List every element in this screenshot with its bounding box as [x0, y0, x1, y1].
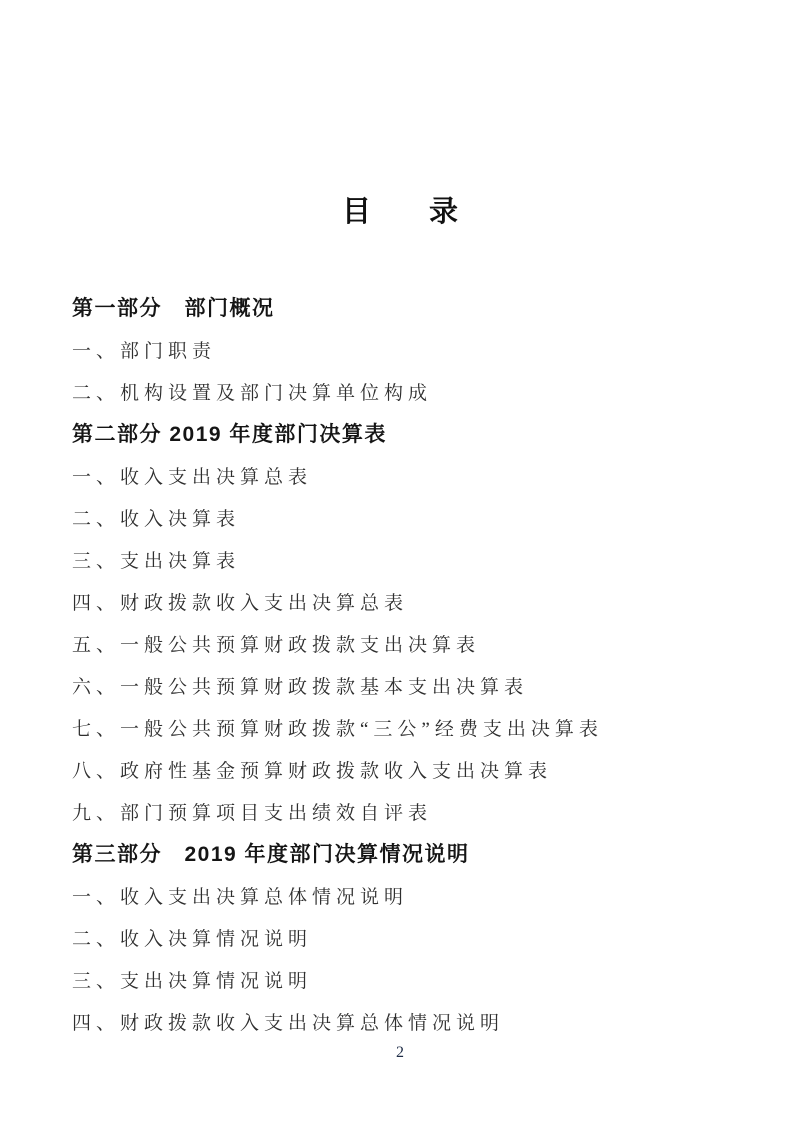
toc-item: 一、部门职责	[72, 328, 728, 370]
page-title: 目 录	[72, 196, 728, 228]
toc-item: 二、收入决算情况说明	[72, 916, 728, 958]
toc-item: 一、收入支出决算总体情况说明	[72, 874, 728, 916]
toc-section-heading: 第三部分 2019 年度部门决算情况说明	[72, 832, 728, 874]
toc-item: 九、部门预算项目支出绩效自评表	[72, 790, 728, 832]
page-number: 2	[0, 1044, 800, 1062]
toc-item: 四、财政拨款收入支出决算总表	[72, 580, 728, 622]
toc-item: 六、一般公共预算财政拨款基本支出决算表	[72, 664, 728, 706]
toc-item: 七、一般公共预算财政拨款“三公”经费支出决算表	[72, 706, 728, 748]
toc-item: 五、一般公共预算财政拨款支出决算表	[72, 622, 728, 664]
document-page: 目 录 第一部分 部门概况 一、部门职责 二、机构设置及部门决算单位构成 第二部…	[0, 0, 800, 1132]
toc-item: 四、财政拨款收入支出决算总体情况说明	[72, 1000, 728, 1042]
toc-item: 八、政府性基金预算财政拨款收入支出决算表	[72, 748, 728, 790]
toc-section-heading: 第一部分 部门概况	[72, 286, 728, 328]
toc-section-heading: 第二部分 2019 年度部门决算表	[72, 412, 728, 454]
toc-item: 三、支出决算表	[72, 538, 728, 580]
table-of-contents: 第一部分 部门概况 一、部门职责 二、机构设置及部门决算单位构成 第二部分 20…	[72, 286, 728, 1042]
toc-item: 一、收入支出决算总表	[72, 454, 728, 496]
toc-item: 三、支出决算情况说明	[72, 958, 728, 1000]
toc-item: 二、机构设置及部门决算单位构成	[72, 370, 728, 412]
toc-item: 二、收入决算表	[72, 496, 728, 538]
